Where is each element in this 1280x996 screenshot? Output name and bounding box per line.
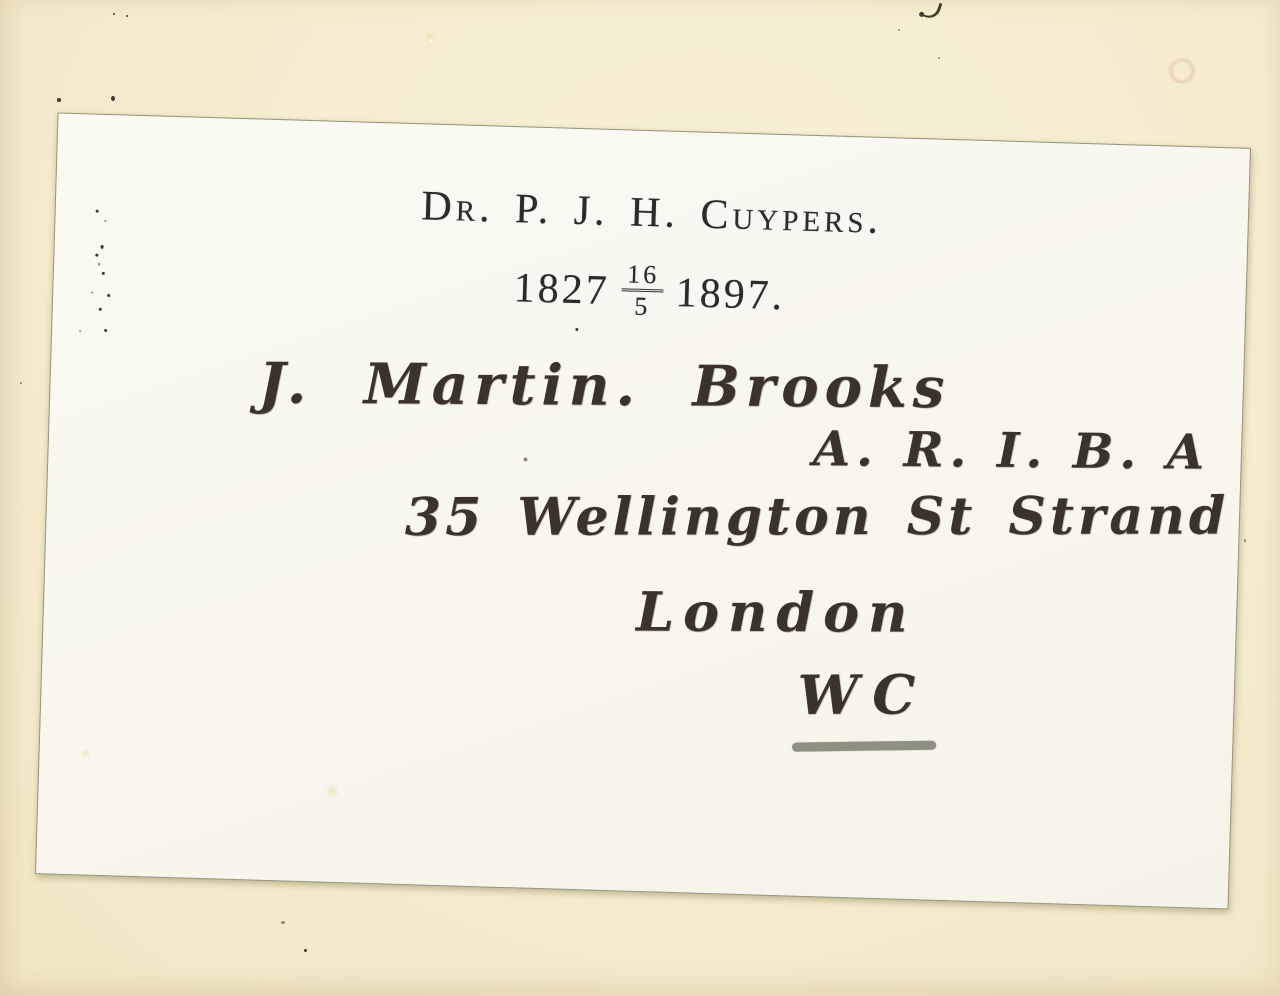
handwritten-address: 35 Wellington St Strand <box>405 487 1229 546</box>
paper-speck <box>91 292 93 294</box>
visiting-card: Dr. P. J. H. Cuypers. 18271651897. J. Ma… <box>35 112 1251 909</box>
stray-ink-mark <box>923 0 943 21</box>
paper-speck <box>430 39 433 42</box>
postal-district-underline <box>792 741 936 752</box>
paper-speck <box>104 329 107 332</box>
paper-speck <box>898 29 900 31</box>
fraction-numerator: 16 <box>622 260 665 292</box>
paper-speck <box>113 13 115 15</box>
death-year: 1897. <box>675 270 786 319</box>
paper-speck <box>107 294 110 297</box>
paper-speck <box>102 272 105 275</box>
paper-stain <box>323 784 341 799</box>
paper-speck <box>95 254 98 257</box>
paper-speck <box>96 210 99 213</box>
paper-speck <box>575 328 578 331</box>
paper-speck <box>126 15 128 17</box>
paper-speck <box>281 921 285 924</box>
paper-speck <box>99 308 102 311</box>
paper-speck <box>523 457 527 461</box>
paper-speck <box>938 57 940 59</box>
paper-speck <box>79 330 81 332</box>
paper-speck <box>20 382 22 384</box>
birth-year: 1827 <box>513 265 610 314</box>
paper-speck <box>104 220 106 222</box>
paper-speck <box>111 96 115 101</box>
album-page: Dr. P. J. H. Cuypers. 18271651897. J. Ma… <box>0 0 1280 996</box>
handwritten-postal-district: WC <box>797 665 929 725</box>
printed-date: 18271651897. <box>53 243 1247 347</box>
paper-speck <box>98 263 100 266</box>
handwritten-name: J. Martin. Brooks <box>258 353 950 419</box>
foxing-spot <box>1168 58 1196 84</box>
date-fraction: 165 <box>621 260 665 320</box>
paper-speck <box>304 949 307 952</box>
handwritten-credentials: A. R. I. B. A <box>813 423 1211 479</box>
paper-speck <box>1244 539 1246 542</box>
fraction-denominator: 5 <box>621 291 664 320</box>
handwritten-city: London <box>636 583 917 643</box>
paper-stain <box>79 748 91 758</box>
paper-speck <box>57 98 61 102</box>
printed-name: Dr. P. J. H. Cuypers. <box>55 171 1248 254</box>
